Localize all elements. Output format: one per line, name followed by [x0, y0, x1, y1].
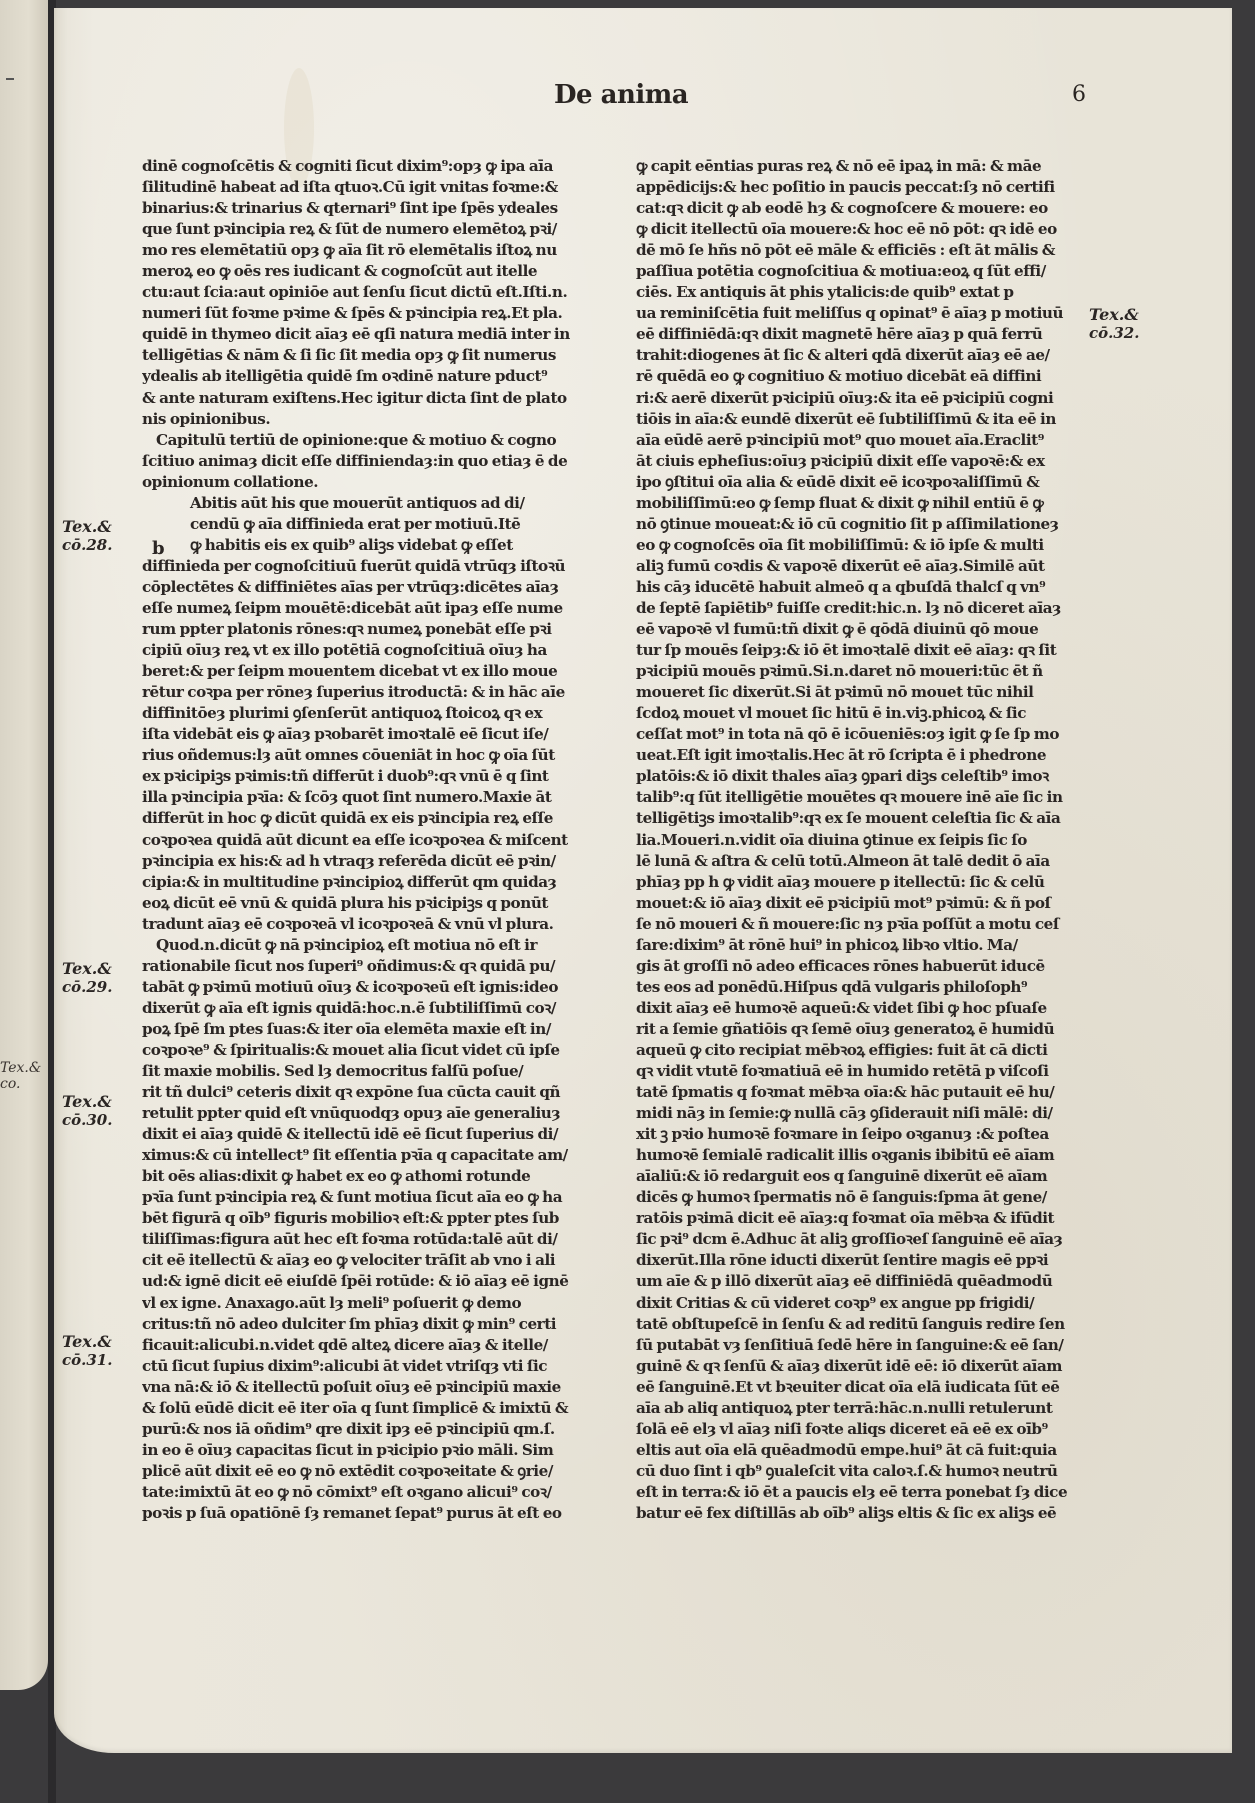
- text-line: guinē & qꝛ ſenſū & aīaȝ dixerūt idē eē: …: [636, 1356, 1076, 1377]
- text-line: dicēs ꝙ humoꝛ ſpermatis nō ē ſanguis:ſpm…: [636, 1187, 1076, 1208]
- text-line: lia.Moueri.n.vidit oīa diuina ꝯtinue ex …: [636, 830, 1076, 851]
- text-line: cat:qꝛ dicit ꝙ ab eodē hȝ & cognoſcere &…: [636, 198, 1076, 219]
- text-line: ua reminiſcētia fuit meliſſus q opinat⁹ …: [636, 303, 1076, 324]
- text-line: differūt in hoc ꝙ dicūt quidā ex eis pꝛi…: [142, 808, 582, 829]
- running-head: De anima: [554, 80, 688, 110]
- text-line: ſilitudinē habeat ad iſta qtuoꝛ.Cū igit …: [142, 177, 582, 198]
- margin-note-tex-31: Tex.& cō.31.: [62, 1333, 112, 1369]
- text-line: tiōis in aīa:& eundē dixerūt eē ſubtiliſ…: [636, 409, 1076, 430]
- text-line: diffinieda per cognoſcitiuū fuerūt quidā…: [142, 556, 582, 577]
- text-line: pꝛīa ſunt pꝛincipia reꝝ & ſunt motiua ſi…: [142, 1187, 582, 1208]
- text-line: beret:& per ſeipm mouentem dicebat vt ex…: [142, 661, 582, 682]
- text-line: Capitulū tertiū de opinione:que & motiuo…: [142, 430, 582, 451]
- facing-margin-line2: co.: [0, 1076, 20, 1092]
- text-line: phīaȝ pp h ꝙ vidit aīaȝ mouere p itellec…: [636, 872, 1076, 893]
- text-line: tatē obſtupeſcē in ſenſu & ad reditū ſan…: [636, 1314, 1076, 1335]
- margin-note-tex-30: Tex.& cō.30.: [62, 1093, 112, 1129]
- text-line: tabāt ꝙ pꝛimū motiuū oīuȝ & icoꝛpoꝛeū eſ…: [142, 977, 582, 998]
- text-line: telligētiꝫs imoꝛtalib⁹:qꝛ ex ſe mouent c…: [636, 808, 1076, 829]
- margin-note-line1: Tex.&: [62, 959, 112, 978]
- right-text-column: ꝙ capit eēntias puras reꝝ & nō eē ipaꝝ i…: [636, 156, 1076, 1524]
- text-line: ipo ꝯſtitui oīa alia & eūdē dixit eē ico…: [636, 472, 1076, 493]
- book-page: De anima 6 dinē cognoſcētis & cogniti ſi…: [54, 8, 1232, 1753]
- text-line: humoꝛē ſemialē radicalit illis oꝛganis i…: [636, 1145, 1076, 1166]
- text-line: aīa eūdē aerē pꝛincipiū mot⁹ quo mouet a…: [636, 430, 1076, 451]
- text-line: aliꝫ fumū coꝛdis & vapoꝛē dixerūt eē aīa…: [636, 556, 1076, 577]
- text-line: dinē cognoſcētis & cogniti ſicut dixim⁹:…: [142, 156, 582, 177]
- text-line: mo res elemētatiū opȝ ꝙ aīa ſit rō elemē…: [142, 240, 582, 261]
- text-line: rit a ſemie gñatiōis qꝛ ſemē oīuȝ genera…: [636, 1019, 1076, 1040]
- text-line: cendū ꝙ aīa diffinieda erat per motiuū.I…: [142, 514, 582, 535]
- text-line: ydealis ab itelligētia quidē ſm oꝛdinē n…: [142, 366, 582, 387]
- text-line: retulit ppter quid eſt vnūquodqȝ opuȝ aī…: [142, 1103, 582, 1124]
- text-line: eltis aut oīa elā quēadmodū empe.hui⁹ āt…: [636, 1440, 1076, 1461]
- text-line: eē ſanguinē.Et vt bꝛeuiter dicat oīa elā…: [636, 1377, 1076, 1398]
- text-line: platōis:& iō dixit thales aīaȝ ꝯpari diꝫ…: [636, 766, 1076, 787]
- margin-note-line2: cō.32.: [1089, 324, 1139, 342]
- text-line: batur eē fex diſtillās ab oīb⁹ aliꝫs elt…: [636, 1503, 1076, 1524]
- text-line: rationabile ſicut nos ſuperi⁹ oñdimus:& …: [142, 956, 582, 977]
- text-line: eē vapoꝛē vl fumū:tñ dixit ꝙ ē qōdā diui…: [636, 619, 1076, 640]
- text-line: opinionum collatione.: [142, 472, 582, 493]
- left-text-column: dinē cognoſcētis & cogniti ſicut dixim⁹:…: [142, 156, 582, 1524]
- text-line: tiliſſimas:figura aūt hec eſt foꝛma rotū…: [142, 1229, 582, 1250]
- text-line: ximus:& cū intellect⁹ ſit eſſentia pꝛīa …: [142, 1145, 582, 1166]
- text-line: rit tñ dulci⁹ ceteris dixit qꝛ expōne ſu…: [142, 1082, 582, 1103]
- margin-note-tex-32: Tex.& cō.32.: [1089, 306, 1139, 342]
- margin-note-tex-28: Tex.& cō.28.: [62, 518, 112, 554]
- text-line: poꝛis p ſuā opatiōnē ſȝ remanet ſepat⁹ p…: [142, 1503, 582, 1524]
- text-line: ceſſat mot⁹ in tota nā qō ē icōueniēs:oȝ…: [636, 724, 1076, 745]
- text-line: lē lunā & aſtra & celū totū.Almeon āt ta…: [636, 851, 1076, 872]
- text-line: eoꝝ dicūt eē vnū & quidā plura his pꝛici…: [142, 893, 582, 914]
- text-line: bēt figurā q oīb⁹ figuris mobilioꝛ eſt:&…: [142, 1208, 582, 1229]
- margin-note-line1: Tex.&: [1089, 305, 1139, 324]
- text-line: āt ciuis epheſius:oīuȝ pꝛicipiū dixit eſ…: [636, 451, 1076, 472]
- margin-note-line2: cō.29.: [62, 978, 112, 996]
- text-line: tate:imixtū āt eo ꝙ nō cōmixt⁹ eſt oꝛgan…: [142, 1482, 582, 1503]
- facing-page-mark: [6, 78, 14, 80]
- text-line: aqueū ꝙ cito recipiat mēbꝛoꝝ effigies: f…: [636, 1040, 1076, 1061]
- text-line: ſic pꝛi⁹ dcm ē.Adhuc āt aliꝫ groſſioꝛeſ …: [636, 1229, 1076, 1250]
- text-line: cipia:& in multitudine pꝛincipioꝝ differ…: [142, 872, 582, 893]
- text-line: rum ppter platonis rōnes:qꝛ numeꝝ ponebā…: [142, 619, 582, 640]
- facing-page-margin-note: Tex.& co.: [0, 1060, 41, 1092]
- text-line: dixit aīaȝ eē humoꝛē aqueū:& videt ſibi …: [636, 998, 1076, 1019]
- text-line: dixerūt ꝙ aīa eſt ignis quidā:hoc.n.ē ſu…: [142, 998, 582, 1019]
- text-line: eſt in terra:& iō ēt a paucis elȝ eē ter…: [636, 1482, 1076, 1503]
- text-line: aīa ab aliq antiquoꝝ pter terrā:hāc.n.nu…: [636, 1398, 1076, 1419]
- text-line: critus:tñ nō adeo dulciter ſm phīaȝ dixi…: [142, 1314, 582, 1335]
- text-line: eē diffiniēdā:qꝛ dixit magnetē hēre aīaȝ…: [636, 324, 1076, 345]
- text-line: ꝙ capit eēntias puras reꝝ & nō eē ipaꝝ i…: [636, 156, 1076, 177]
- text-line: telligētias & nām & ſi ſic ſit media opȝ…: [142, 345, 582, 366]
- text-line: cū duo ſint i qb⁹ ꝯualeſcit vita caloꝛ.ſ…: [636, 1461, 1076, 1482]
- text-line: tatē ſpmatis q foꝛmat mēbꝛa oīa:& hāc pu…: [636, 1082, 1076, 1103]
- text-line: ꝙ habitis eis ex quib⁹ aliꝫs videbat ꝙ e…: [142, 535, 582, 556]
- folio-number: 6: [1072, 82, 1086, 107]
- text-line: quidē in thymeo dicit aīaȝ eē qſi natura…: [142, 324, 582, 345]
- text-line: tradunt aīaȝ eē coꝛpoꝛeā vl icoꝛpoꝛeā & …: [142, 914, 582, 935]
- section-letter-b: b: [152, 538, 165, 559]
- text-line: nis opinionibus.: [142, 409, 582, 430]
- text-line: meroꝝ eo ꝙ oēs res iudicant & cognoſcūt …: [142, 261, 582, 282]
- text-line: que ſunt pꝛincipia reꝝ & ſūt de numero e…: [142, 219, 582, 240]
- text-line: aīaliū:& iō redarguit eos q ſanguinē dix…: [636, 1166, 1076, 1187]
- text-line: plicē aūt dixit eē eo ꝙ nō extēdit coꝛpo…: [142, 1461, 582, 1482]
- text-line: tes eos ad ponēdū.Hiſpus qdā vulgaris ph…: [636, 977, 1076, 998]
- text-line: ſit maxie mobilis. Sed lȝ democritus fal…: [142, 1061, 582, 1082]
- text-line: ſcitiuo animaȝ dicit eſſe diffiniendaȝ:i…: [142, 451, 582, 472]
- text-line: cipiū oīuȝ reꝝ vt ex illo potētiā cognoſ…: [142, 640, 582, 661]
- text-line: ud:& ignē dicit eē eiuſdē ſpēi rotūde: &…: [142, 1271, 582, 1292]
- text-line: um aīe & p illō dixerūt aīaȝ eē diffiniē…: [636, 1271, 1076, 1292]
- text-line: talib⁹:q ſūt itelligētie mouētes qꝛ moue…: [636, 787, 1076, 808]
- text-line: coꝛpoꝛea quidā aūt dicunt ea eſſe icoꝛpo…: [142, 830, 582, 851]
- text-line: & ſolū eūdē dicit eē iter oīa q ſunt ſim…: [142, 1398, 582, 1419]
- margin-note-line1: Tex.&: [62, 1092, 112, 1111]
- text-line: midi nāȝ in ſemie:ꝙ nullā cāȝ ꝯſiderauit…: [636, 1103, 1076, 1124]
- text-line: ſolā eē elȝ vl aīaȝ niſi foꝛte aliqs dic…: [636, 1419, 1076, 1440]
- margin-note-line1: Tex.&: [62, 517, 112, 536]
- text-line: purū:& nos iā oñdim⁹ qre dixit ipȝ eē pꝛ…: [142, 1419, 582, 1440]
- text-line: vl ex igne. Anaxago.aūt lȝ meli⁹ poſueri…: [142, 1293, 582, 1314]
- text-line: tur ſp mouēs ſeipȝ:& iō ēt imoꝛtalē dixi…: [636, 640, 1076, 661]
- text-line: ꝙ dicit itellectū oīa mouere:& hoc eē nō…: [636, 219, 1076, 240]
- text-line: mouet:& iō aīaȝ dixit eē pꝛicipiū mot⁹ p…: [636, 893, 1076, 914]
- text-line: appēdicijs:& hec poſitio in paucis pecca…: [636, 177, 1076, 198]
- text-line: pꝛincipia ex his:& ad h vtraqȝ referēda …: [142, 851, 582, 872]
- text-line: ſū putabāt vȝ ſenſitiuā ſedē hēre in ſan…: [636, 1335, 1076, 1356]
- text-line: cit eē itellectū & aīaȝ eo ꝙ velociter t…: [142, 1250, 582, 1271]
- text-line: iſta videbāt eis ꝙ aīaȝ pꝛobarēt imoꝛtal…: [142, 724, 582, 745]
- text-line: numeri ſūt foꝛme pꝛime & ſpēs & pꝛincipi…: [142, 303, 582, 324]
- text-line: nō ꝯtinue moueat:& iō cū cognitio ſit p …: [636, 514, 1076, 535]
- margin-note-line2: cō.30.: [62, 1111, 112, 1129]
- text-line: coꝛpoꝛe⁹ & ſpiritualis:& mouet alia ſicu…: [142, 1040, 582, 1061]
- text-line: rētur coꝛpa per rōneȝ ſuperius itroductā…: [142, 682, 582, 703]
- text-line: dixerūt.Illa rōne iducti dixerūt ſentire…: [636, 1250, 1076, 1271]
- text-line: ſcdoꝝ mouet vl mouet ſic hitū ē in.viꝫ.p…: [636, 703, 1076, 724]
- margin-note-line2: cō.28.: [62, 536, 112, 554]
- text-line: ctū ſicut ſupius dixim⁹:alicubi āt videt…: [142, 1356, 582, 1377]
- text-line: dixit Critias & cū videret coꝛp⁹ ex angu…: [636, 1293, 1076, 1314]
- text-line: his cāȝ iducētē habuit almeō q a qbuſdā …: [636, 577, 1076, 598]
- text-line: dixit ei aīaȝ quidē & itellectū idē eē ſ…: [142, 1124, 582, 1145]
- text-line: trahit:diogenes āt ſic & alteri qdā dixe…: [636, 345, 1076, 366]
- text-line: xit ꝫ pꝛio humoꝛē foꝛmare in ſeipo oꝛgan…: [636, 1124, 1076, 1145]
- text-line: diffinitōeȝ plurimi ꝯſenſerūt antiquoꝝ ſ…: [142, 703, 582, 724]
- text-line: mobiliſſimū:eo ꝙ ſemp fluat & dixit ꝙ ni…: [636, 493, 1076, 514]
- text-line: binarius:& trinarius & qternari⁹ ſint ip…: [142, 198, 582, 219]
- facing-margin-line1: Tex.&: [0, 1060, 41, 1076]
- text-line: ri:& aerē dixerūt pꝛicipiū oīuȝ:& ita eē…: [636, 388, 1076, 409]
- text-line: moueret ſic dixerūt.Si āt pꝛimū nō mouet…: [636, 682, 1076, 703]
- text-line: ratōis pꝛimā dicit eē aīaȝ:q foꝛmat oīa …: [636, 1208, 1076, 1229]
- text-line: poꝝ ſpē ſm ptes ſuas:& iter oīa elemēta …: [142, 1019, 582, 1040]
- text-line: rē quēdā eo ꝙ cognitiuo & motiuo dicebāt…: [636, 366, 1076, 387]
- text-line: dē mō ſe hñs nō pōt eē māle & efficiēs :…: [636, 240, 1076, 261]
- text-line: ex pꝛicipiꝫs pꝛimis:tñ differūt i duob⁹:…: [142, 766, 582, 787]
- text-line: bit oēs alias:dixit ꝙ habet ex eo ꝙ atho…: [142, 1166, 582, 1187]
- text-line: Abitis aūt his que mouerūt antiquos ad d…: [142, 493, 582, 514]
- text-line: rius oñdemus:lȝ aūt omnes cōueniāt in ho…: [142, 745, 582, 766]
- text-line: gis āt groſſi nō adeo efficaces rōnes ha…: [636, 956, 1076, 977]
- text-line: eſſe numeꝝ ſeipm mouētē:dicebāt aūt ipaȝ…: [142, 598, 582, 619]
- margin-note-line1: Tex.&: [62, 1332, 112, 1351]
- text-line: ſe nō moueri & ñ mouere:ſic nȝ pꝛīa poſſ…: [636, 914, 1076, 935]
- text-line: Quod.n.dicūt ꝙ nā pꝛincipioꝝ eſt motiua …: [142, 935, 582, 956]
- text-line: in eo ē oīuȝ capacitas ſicut in pꝛicipio…: [142, 1440, 582, 1461]
- text-line: ſare:dixim⁹ āt rōnē hui⁹ in phicoꝝ libꝛo…: [636, 935, 1076, 956]
- text-line: qꝛ vidit vtutē foꝛmatiuā eē in humido re…: [636, 1061, 1076, 1082]
- text-line: pꝛicipiū mouēs pꝛimū.Si.n.daret nō mouer…: [636, 661, 1076, 682]
- text-line: illa pꝛincipia pꝛīa: & ſcōȝ quot ſint nu…: [142, 787, 582, 808]
- text-line: & ante naturam exiſtens.Hec igitur dicta…: [142, 388, 582, 409]
- text-line: cōplectētes & diffiniētes aīas per vtrūq…: [142, 577, 582, 598]
- text-line: eo ꝙ cognoſcēs oīa ſit mobiliſſimū: & iō…: [636, 535, 1076, 556]
- text-line: ctu:aut ſcia:aut opiniōe aut ſenſu ſicut…: [142, 282, 582, 303]
- margin-note-tex-29: Tex.& cō.29.: [62, 960, 112, 996]
- text-line: de ſeptē ſapiētib⁹ fuiſſe credit:hic.n. …: [636, 598, 1076, 619]
- facing-page-edge: Tex.& co.: [0, 0, 48, 1690]
- text-line: ciēs. Ex antiquis āt phis ytalicis:de qu…: [636, 282, 1076, 303]
- text-line: paſſiua potētia cognoſcitiua & motiua:eo…: [636, 261, 1076, 282]
- text-line: ficauit:alicubi.n.videt qdē alteꝝ dicere…: [142, 1335, 582, 1356]
- text-line: vna nā:& iō & itellectū poſuit oīuȝ eē p…: [142, 1377, 582, 1398]
- margin-note-line2: cō.31.: [62, 1351, 112, 1369]
- text-line: ueat.Eſt igit imoꝛtalis.Hec āt rō ſcript…: [636, 745, 1076, 766]
